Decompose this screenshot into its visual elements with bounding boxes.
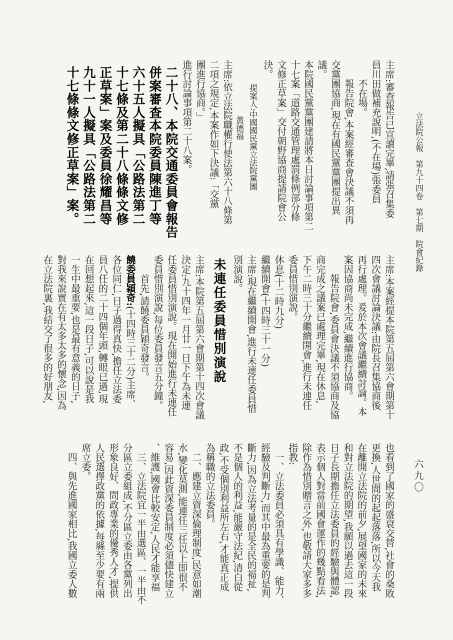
text-column: 不是個人的利益,能嚴守法紀,清白從 [229, 443, 243, 619]
text-column: 二、應建立資深倫理制度,民意如潮 [188, 443, 202, 619]
text-column: 政,不受個別利益所左右,才能真正成 [216, 443, 230, 619]
text-column: 指教: [285, 443, 299, 619]
text-column: 和對立法院的期望,我願以過去這一段 [340, 443, 354, 619]
text-column: 日子長期擔任立法委員的經驗與體認, [326, 443, 340, 619]
text-column: 形象良好、問政專業的優秀人才,提供 [105, 443, 119, 619]
journal-header: 立法院公報 第九十四卷 第七期 院會紀錄 [413, 112, 426, 277]
text-column: 再行處理。爰於本次會議繼續討論。本 [354, 255, 368, 431]
text-column: 席立委。 [78, 443, 92, 619]
band1-main-text: 主席:審查報告已宣讀完畢,請張召集委員川田做補充說明,(不在場)張委員 不在場。… [179, 60, 395, 252]
text-column: 委員惜別演說。 [285, 255, 299, 431]
text-column: 主席:現在繼續開會,進行未連任委員惜 [243, 255, 257, 431]
text-column: 經驗及判斷力,而其中最為重要的是判 [257, 443, 271, 619]
page-number: 六九〇 [411, 459, 424, 519]
text-column: 提案人:中國國民黨立法院黨團 [247, 60, 261, 252]
text-column: 四、與先進國家相比,我國立委人數 [64, 443, 78, 619]
text-column: 各位同仁,日子過得真快,擔任立法委 [108, 255, 122, 431]
text-column: 主席:審查報告已宣讀完畢,請張召集委 [382, 60, 396, 252]
text-column: 水,變化莫測,能連任三任以上即很不 [174, 443, 188, 619]
text-column: 團進行協商。」 [193, 60, 207, 252]
text-column: 黃德福 [233, 60, 247, 252]
text-column: 任委員惜別演說。現在開始進行未連任 [164, 255, 178, 431]
text-column: 主席:本院第五屆第六會期第十四次會議 [191, 255, 205, 431]
text-column: 也看到了國家的盛衰交替,社會的桑敗 [381, 443, 395, 619]
text-column: 二項之規定,本案作如下決議:「交黨 [206, 60, 220, 252]
text-column: 十七條條文修正草案」案。 [64, 66, 81, 252]
text-column: 饒委員穎奇:(十四時三十二分)主席、 [122, 255, 136, 431]
text-column: 報告院會,本案經審查會決議不須再 [341, 60, 355, 252]
band2-right-text: 主席:本案經提本院第五屆第六會期第十四次會議討論決議:由院長召集協商後再行處理。… [229, 255, 395, 431]
text-column: 除作為惜別贈言之外,也敬請大家多多 [298, 443, 312, 619]
text-column: 更換,人世間的起起落落,所以今天我 [367, 443, 381, 619]
gazette-scan-page: 立法院公報 第九十四卷 第七期 院會紀錄 六九〇 主席:審查報告已宣讀完畢,請張… [0, 0, 453, 640]
text-column: 一、立法委員必須具有學識、能力、 [271, 443, 285, 619]
text-column: 十七案「道路交通管理處罰條例部分條 [287, 60, 301, 252]
text-column: 人民選擇政黨的依據,每縣至少要有兩 [91, 443, 105, 619]
text-column: 交黨團協商,現在有國民黨黨團提出異 [328, 60, 342, 252]
text-column: 十七條及第二十八條條文修 [113, 66, 130, 252]
text-column: 主席:本案經提本院第五屆第六會期第十 [381, 255, 395, 431]
band1-agenda-heading: 二十八、本院交通委員會報告併案審查本院委員陳進丁等六十五人擬具「公路法第二十七條… [64, 66, 180, 252]
text-column: 本院國民黨黨團建請將本日討論事項第二 [301, 60, 315, 252]
text-column: 九十一人擬具「公路法第二 [80, 66, 97, 252]
text-column: 三、立法院宜一半由選區、一半由不 [133, 443, 147, 619]
band2-section-header: 未連任委員惜別演說 [205, 258, 229, 428]
text-column: 在立法院裏,我結交了很多的好朋友, [39, 255, 53, 431]
text-column: 議。 [314, 60, 328, 252]
text-column: 決定:九十四年一月廿一日下午為未連 [177, 255, 191, 431]
text-column: 決。 [260, 60, 274, 252]
text-column: 在回想起來,這一段日子,可以說是我 [81, 255, 95, 431]
text-column: 四次會議討論決議:由院長召集協商後 [367, 255, 381, 431]
text-column: 為稱職的立法委員。 [202, 443, 216, 619]
text-column: 下午二時三十分繼續開會,進行未連任 [298, 255, 312, 431]
text-column: 首先,請饒委員穎奇發言。 [136, 255, 150, 431]
text-column: 一生中最重要,也是最有意義的日子, [67, 255, 81, 431]
text-column: 文修正草案」交付朝野協商提請院會公 [274, 60, 288, 252]
band2-left-text: 主席:本院第五屆第六會期第十四次會議決定:九十四年一月廿一日下午為未連任委員惜別… [39, 255, 205, 431]
text-column: 休息(十二時九分) [271, 255, 285, 431]
text-column: 委員惜別演說,每位委員發言五分鐘。 [150, 255, 164, 431]
text-column: 二十八、本院交通委員會報告 [163, 66, 180, 252]
text-column: 對我來說實在有太多太多的懷念,因為 [53, 255, 67, 431]
text-column: 員川田做補充說明,(不在場)張委員 [368, 60, 382, 252]
text-column: 員八任的二十四個年頭,轉眼已過,現 [95, 255, 109, 431]
text-column: 六十五人擬具「公路法第二 [130, 66, 147, 252]
text-column: 斷力,因為立法考量的是全民的福祉, [243, 443, 257, 619]
text-column: 表示個人對當前國會運作的幾點看法, [312, 443, 326, 619]
text-column: 不在場。 [355, 60, 369, 252]
text-column: 主席:依立法院職權行使法第六十八條第 [220, 60, 234, 252]
text-column: 別演說。 [229, 255, 243, 431]
band3-text: 也看到了國家的盛衰交替,社會的桑敗更換,人世間的起起落落,所以今天我在離開立法院… [64, 443, 395, 619]
text-column: 、維護,國會比較安定,人民才能享福 [147, 443, 161, 619]
text-column: 分區立委組成,不分區立委由各黨列出 [119, 443, 133, 619]
text-column: 正草案」案及委員徐耀昌等 [97, 66, 114, 252]
text-column: 併案審查本院委員陳進丁等 [146, 66, 163, 252]
text-column: 商完成之議案已處理完畢,現在休息, [312, 255, 326, 431]
text-column: 案因協商尚未完成,繼續進行協商。 [340, 255, 354, 431]
text-column: 在離開立法院的前夕,展望國家的未來 [354, 443, 368, 619]
text-column: 報告院會,委員會決議不須協商及協 [326, 255, 340, 431]
text-column: 容易,因此資深委員制度必須儘快建立 [160, 443, 174, 619]
text-column: 繼續開會(十四時三十一分) [257, 255, 271, 431]
text-column: 進行討論事項第二十八案。 [179, 60, 193, 252]
